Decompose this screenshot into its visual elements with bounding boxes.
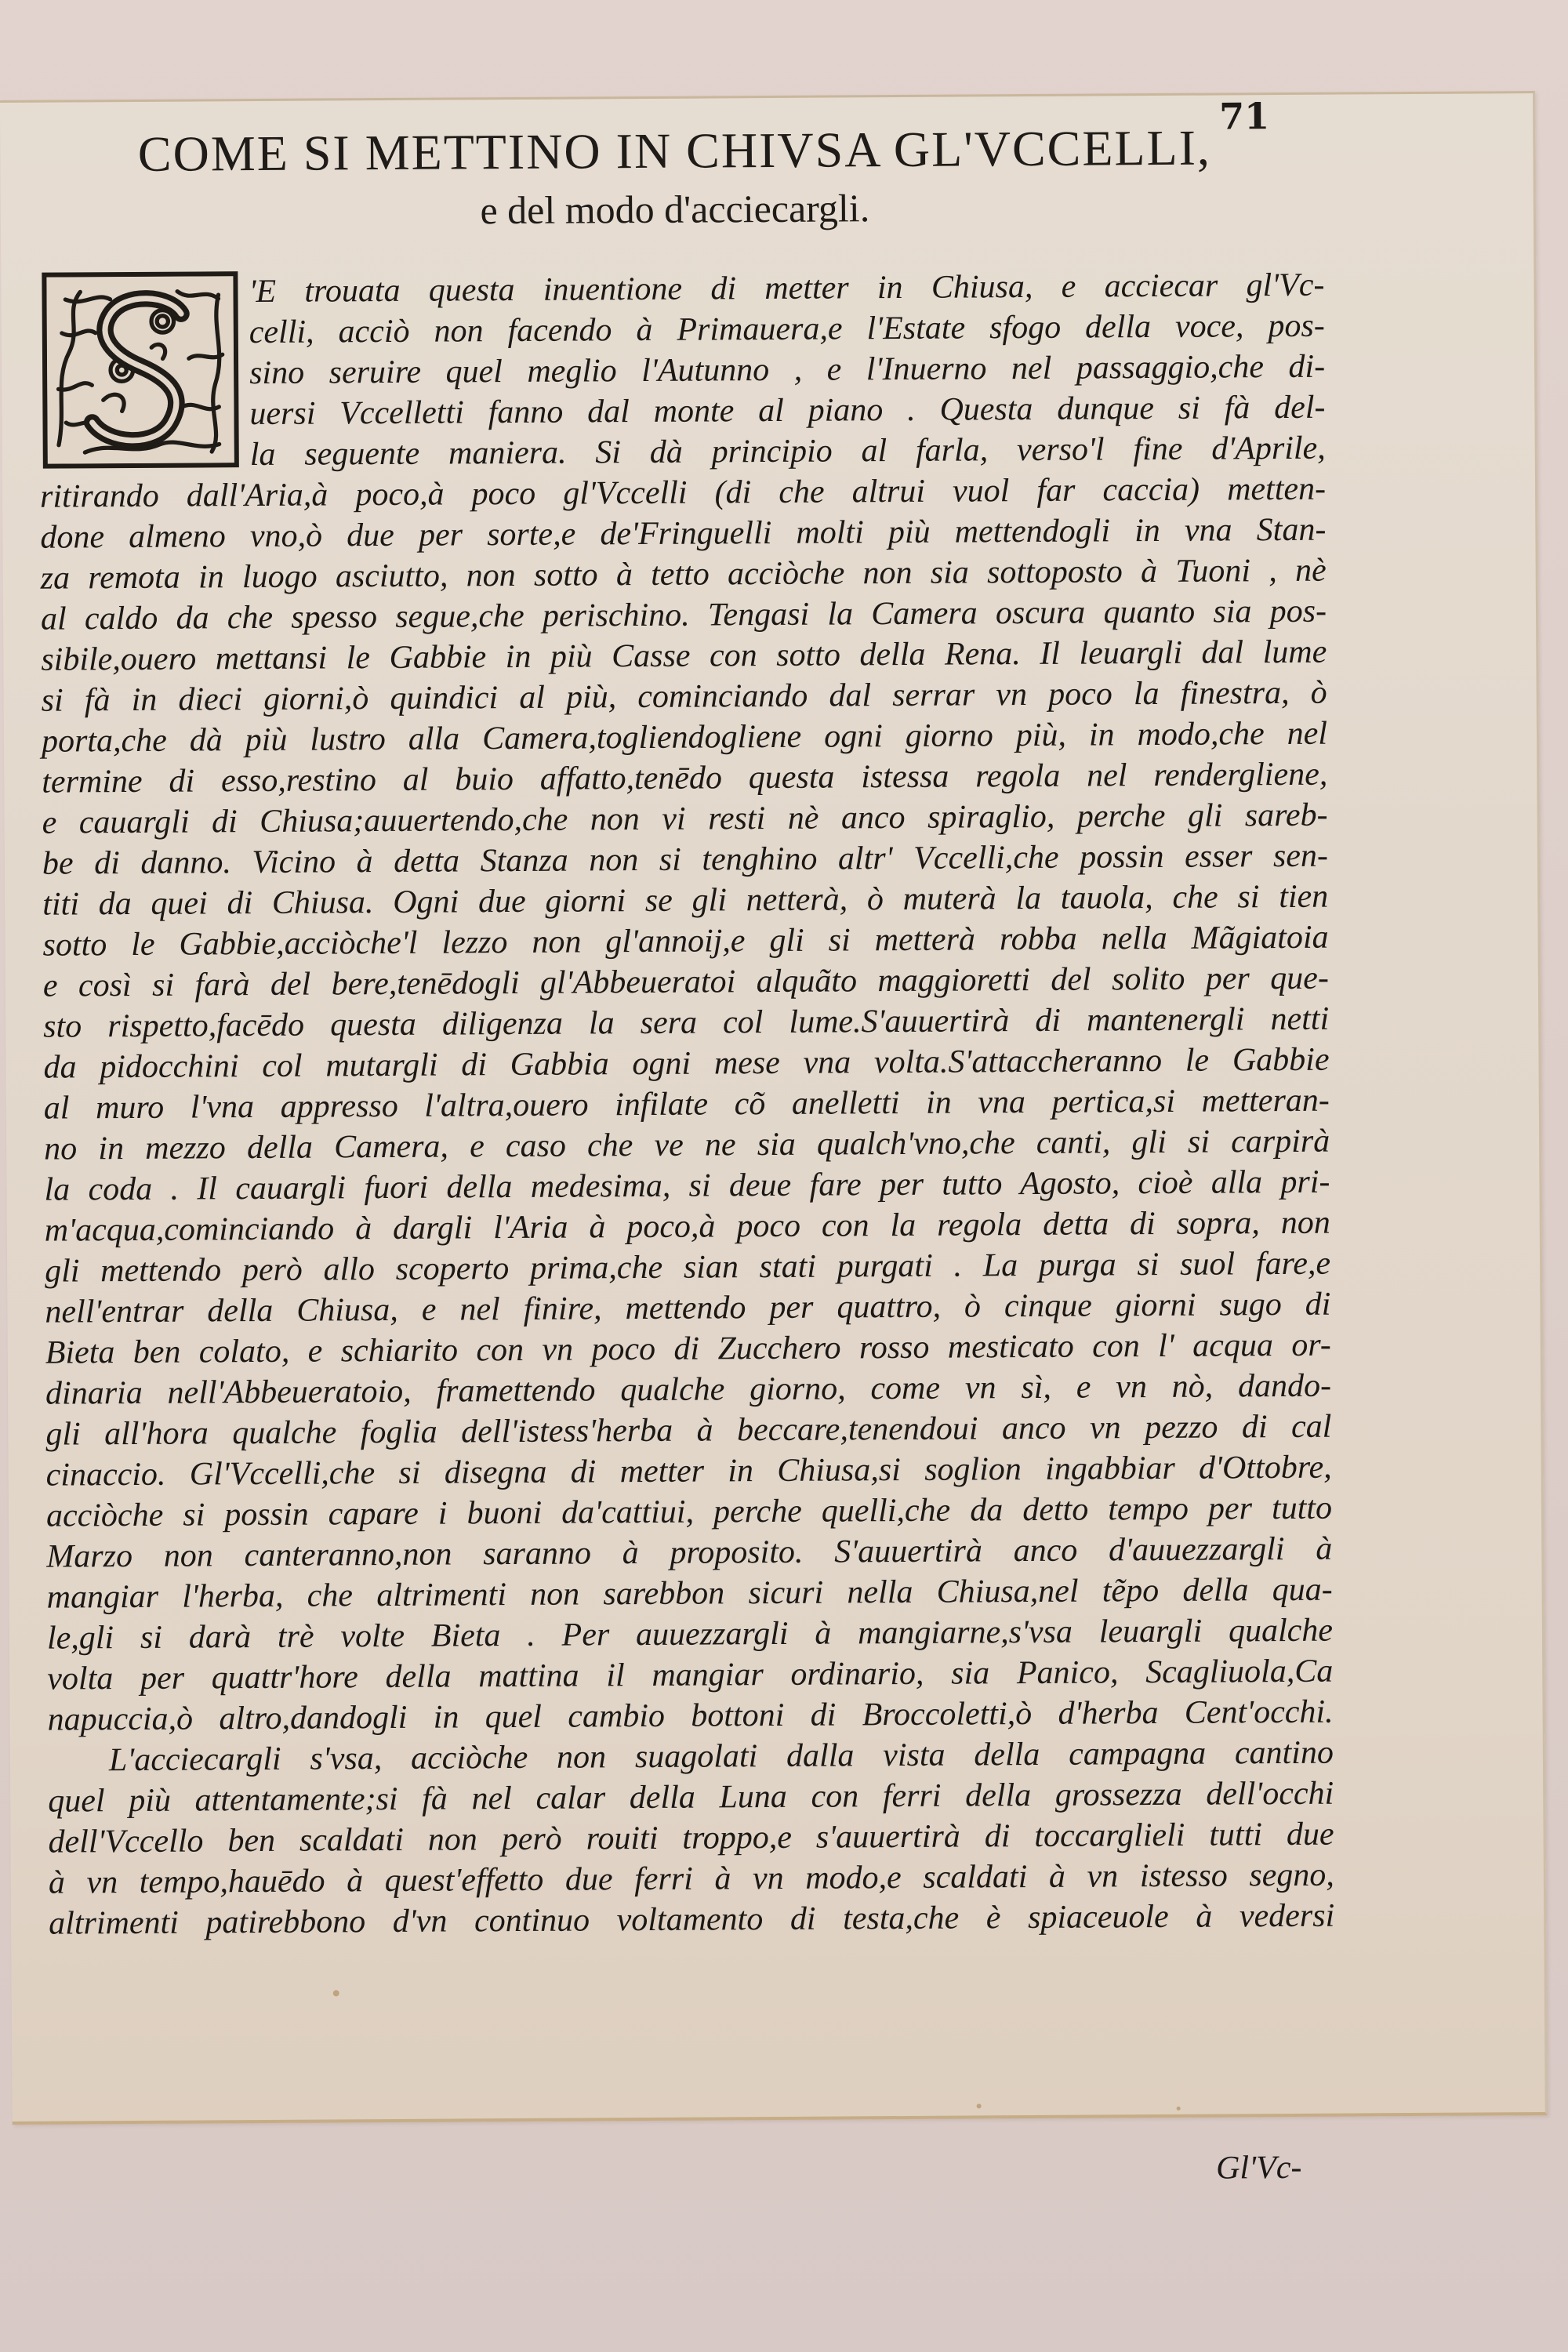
text-line: quel più attentamente;si fà nel calar de…: [48, 1776, 1334, 1820]
body-text: 'E trouata questa inuentione di metter i…: [38, 267, 1334, 1947]
text-line: e così si farà del bere,tenēdogli gl'Abb…: [43, 960, 1329, 1005]
text-line: sibile,ouero mettansi le Gabbie in più C…: [41, 634, 1327, 679]
text-line: al caldo da che spesso segue,che perisch…: [41, 593, 1327, 638]
text-line: volta per quattr'hore della mattina il m…: [47, 1653, 1333, 1698]
text-line: sotto le Gabbie,acciòche'l lezzo non gl'…: [42, 920, 1328, 964]
text-line: Marzo non canteranno,non saranno à propo…: [46, 1531, 1332, 1576]
text-line: si fà in dieci giorni,ò quindici al più,…: [42, 675, 1327, 720]
text-line: 'E trouata questa inuentione di metter i…: [38, 267, 1324, 312]
catchword: Gl'Vc-: [1216, 2149, 1302, 2187]
text-line: titi da quei di Chiusa. Ogni due giorni …: [42, 879, 1328, 924]
chapter-title: COME SI METTINO IN CHIVSA GL'VCCELLI,: [118, 118, 1231, 183]
text-line: no in mezzo della Camera, e caso che ve …: [44, 1123, 1330, 1168]
text-line: la coda . Il cauargli fuori della medesi…: [44, 1164, 1330, 1209]
text-line: altrimenti patirebbono d'vn continuo vol…: [49, 1898, 1334, 1943]
text-line: done almeno vno,ò due per sorte,e de'Fri…: [40, 512, 1326, 557]
text-line: L'acciecargli s'vsa, acciòche non suagol…: [48, 1735, 1334, 1780]
text-line: napuccia,ò altro,dandogli in quel cambio…: [47, 1694, 1333, 1739]
text-line: gli mettendo però allo scoperto prima,ch…: [45, 1246, 1330, 1290]
text-line: za remota in luogo asciutto, non sotto à…: [41, 553, 1327, 597]
text-line: celli, acciò non facendo à Primauera,e l…: [39, 308, 1325, 353]
text-line: dinaria nell'Abbeueratoio, framettendo q…: [45, 1368, 1331, 1413]
text-line: porta,che dà più lustro alla Camera,togl…: [42, 716, 1327, 760]
text-line: termine di esso,restino al buio affatto,…: [42, 757, 1327, 801]
text-line: al muro l'vna appresso l'altra,ouero inf…: [44, 1083, 1330, 1127]
text-line: cinaccio. Gl'Vccelli,che si disegna di m…: [46, 1450, 1332, 1494]
text-line: be di danno. Vicino à detta Stanza non s…: [42, 838, 1328, 883]
text-line: nell'entrar della Chiusa, e nel finire, …: [45, 1287, 1330, 1331]
text-line: mangiar l'herba, che altrimenti non sare…: [47, 1572, 1333, 1617]
foxing-spot: [333, 1990, 339, 1996]
text-line: Bieta ben colato, e schiarito con vn poc…: [45, 1327, 1331, 1372]
text-line: à vn tempo,hauēdo à quest'effetto due fe…: [49, 1857, 1334, 1902]
text-line: sto rispetto,facēdo questa diligenza la …: [43, 1001, 1329, 1046]
foxing-spot: [1177, 2107, 1181, 2111]
text-line: ritirando dall'Aria,à poco,à poco gl'Vcc…: [40, 471, 1326, 516]
text-line: m'acqua,cominciando à dargli l'Aria à po…: [45, 1205, 1330, 1250]
text-line: sino seruire quel meglio l'Autunno , e l…: [39, 349, 1325, 394]
text-line: da pidocchini col mutargli di Gabbia ogn…: [43, 1042, 1329, 1087]
text-line: le,gli si darà trè volte Bieta . Per auu…: [47, 1613, 1333, 1657]
text-line: acciòche si possin capare i buoni da'cat…: [46, 1490, 1332, 1535]
book-page: 71 COME SI METTINO IN CHIVSA GL'VCCELLI,…: [0, 91, 1548, 2125]
text-line: la seguente maniera. Si dà principio al …: [40, 430, 1326, 475]
text-line: e cauargli di Chiusa;auuertendo,che non …: [42, 797, 1327, 842]
text-line: gli all'hora qualche foglia dell'istess'…: [45, 1409, 1331, 1454]
text-line: uersi Vccelletti fanno dal monte al pian…: [39, 390, 1325, 434]
foxing-spot: [977, 2103, 982, 2108]
chapter-subtitle: e del modo d'acciecargli.: [118, 183, 1232, 235]
text-line: dell'Vccello ben scaldati non però rouit…: [48, 1817, 1334, 1861]
